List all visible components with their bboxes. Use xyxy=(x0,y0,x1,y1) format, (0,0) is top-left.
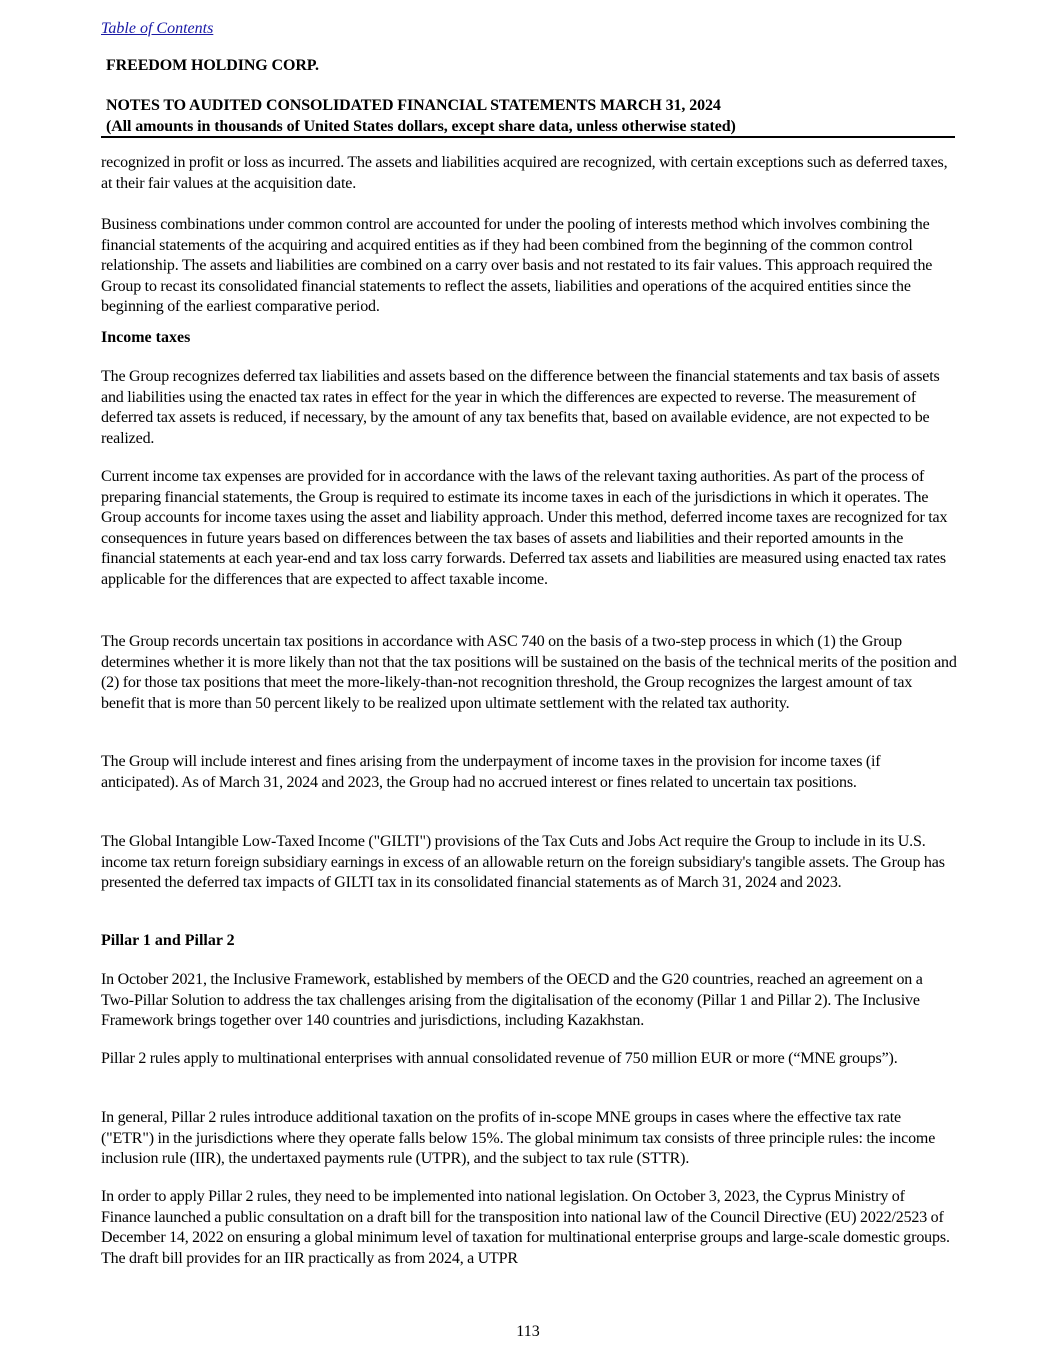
header-divider xyxy=(101,136,955,138)
heading-pillar-1-2: Pillar 1 and Pillar 2 xyxy=(101,932,235,950)
paragraph-interest-fines: The Group will include interest and fine… xyxy=(101,752,957,793)
paragraph-gilti: The Global Intangible Low-Taxed Income (… xyxy=(101,832,957,894)
paragraph-pillar-2-scope: Pillar 2 rules apply to multinational en… xyxy=(101,1049,957,1070)
page-number: 113 xyxy=(101,1323,955,1341)
company-name: FREEDOM HOLDING CORP. xyxy=(106,57,319,75)
heading-income-taxes: Income taxes xyxy=(101,329,190,347)
notes-title: NOTES TO AUDITED CONSOLIDATED FINANCIAL … xyxy=(106,95,736,137)
table-of-contents-link[interactable]: Table of Contents xyxy=(101,20,213,38)
paragraph-cyprus-legislation: In order to apply Pillar 2 rules, they n… xyxy=(101,1187,957,1269)
paragraph-acquisition-recognition: recognized in profit or loss as incurred… xyxy=(101,153,957,194)
paragraph-common-control: Business combinations under common contr… xyxy=(101,215,957,318)
paragraph-inclusive-framework: In October 2021, the Inclusive Framework… xyxy=(101,970,957,1032)
paragraph-uncertain-tax-positions: The Group records uncertain tax position… xyxy=(101,632,957,714)
notes-title-line-1: NOTES TO AUDITED CONSOLIDATED FINANCIAL … xyxy=(106,95,736,116)
notes-title-line-2: (All amounts in thousands of United Stat… xyxy=(106,116,736,137)
paragraph-current-income-tax: Current income tax expenses are provided… xyxy=(101,467,957,591)
paragraph-deferred-tax: The Group recognizes deferred tax liabil… xyxy=(101,367,957,449)
paragraph-pillar-2-rules: In general, Pillar 2 rules introduce add… xyxy=(101,1108,957,1170)
